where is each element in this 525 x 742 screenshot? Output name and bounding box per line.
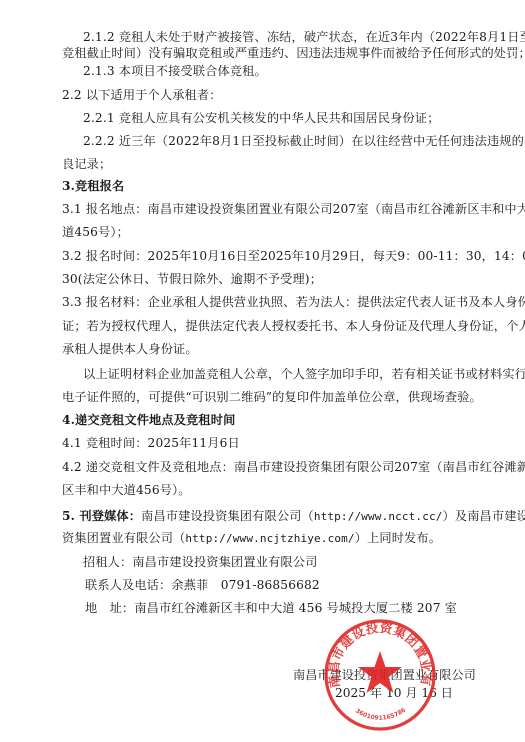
lessor: 招租人：南昌市建设投资集团置业有限公司: [83, 554, 475, 570]
clause-2-1-2-cont: 竞租截止时间）没有骗取竞租或严重违约、因违法违规事件而被给予任何形式的处罚；: [62, 45, 454, 61]
clause-2-2-2-cont: 良记录；: [62, 156, 454, 172]
media-1-url[interactable]: http://www.ncct.cc/: [314, 510, 443, 523]
clause-2-1-3: 2.1.3 本项目不接受联合体竞租。: [83, 63, 475, 79]
section-5: 5. 刊登媒体：南昌市建设投资集团有限公司（http://www.ncct.cc…: [62, 508, 454, 525]
clause-3-3: 3.3 报名材料：企业承租人提供营业执照、若为法人：提供法定代表人证书及本人身份: [62, 294, 454, 310]
clause-3-3-cont2: 承租人提供本人身份证。: [62, 341, 454, 357]
media-2-url[interactable]: http://www.ncjtzhiye.com/: [185, 532, 354, 545]
media-2-name-end: 资集团置业有限公司（: [62, 531, 185, 545]
clause-3-3-cont1: 证；若为授权代理人，提供法定代表人授权委托书、本人身份证及代理人身份证，个人: [62, 318, 454, 334]
media-2-name-start: ）及南昌市建设投: [443, 509, 525, 523]
clause-2-2-2: 2.2.2 近三年（2022年8月1日至投标截止时间）在以往经营中无任何违法违规…: [83, 133, 475, 149]
svg-text:3601091165786: 3601091165786: [354, 707, 407, 722]
clause-2-2-heading: 2.2 以下适用于个人承租者：: [62, 87, 454, 103]
section-5-label: 5. 刊登媒体：: [62, 509, 141, 523]
section-4-heading: 4.递交竞租文件地点及竞租时间: [62, 412, 454, 428]
clause-2-1-2: 2.1.2 竞租人未处于财产被接管、冻结，破产状态，在近3年内（2022年8月1…: [83, 29, 475, 45]
clause-3-2: 3.2 报名时间：2025年10月16日至2025年10月29日，每天9：00-…: [62, 248, 454, 264]
clause-4-2-cont: 区丰和中大道456号）。: [62, 482, 454, 498]
publish-note: ）上同时发布。: [355, 531, 441, 545]
clause-4-2: 4.2 递交竞租文件及竞租地点：南昌市建设投资集团有限公司207室（南昌市红谷滩…: [62, 459, 454, 475]
signature-company: 南昌市建设投资集团置业有限公司: [293, 667, 476, 683]
materials-note-cont: 电子证件照的，可提供“可识别二维码”的复印件加盖单位公章，供现场查验。: [62, 389, 454, 405]
address: 地 址：南昌市红谷滩新区丰和中大道 456 号城投大厦二楼 207 室: [85, 600, 477, 616]
clause-3-2-cont: 30(法定公休日、节假日除外、逾期不予受理)；: [62, 271, 454, 287]
contact: 联系人及电话：余燕菲 0791-86856682: [85, 577, 477, 593]
signature-date: 2025 年 10 月 16 日: [335, 685, 453, 701]
section-5-cont: 资集团置业有限公司（http://www.ncjtzhiye.com/）上同时发…: [62, 530, 454, 547]
clause-3-1-cont: 道456号）；: [62, 224, 454, 240]
section-3-heading: 3.竞租报名: [62, 178, 454, 194]
materials-note: 以上证明材料企业加盖竞租人公章，个人签字加印手印，若有相关证书或材料实行: [83, 366, 475, 382]
media-1-name: 南昌市建设投资集团有限公司（: [141, 509, 314, 523]
clause-4-1: 4.1 竞租时间：2025年11月6日: [62, 435, 454, 451]
clause-3-1: 3.1 报名地点：南昌市建设投资集团置业有限公司207室（南昌市红谷滩新区丰和中…: [62, 201, 454, 217]
clause-2-2-1: 2.2.1 竞租人应具有公安机关核发的中华人民共和国居民身份证；: [83, 110, 475, 126]
